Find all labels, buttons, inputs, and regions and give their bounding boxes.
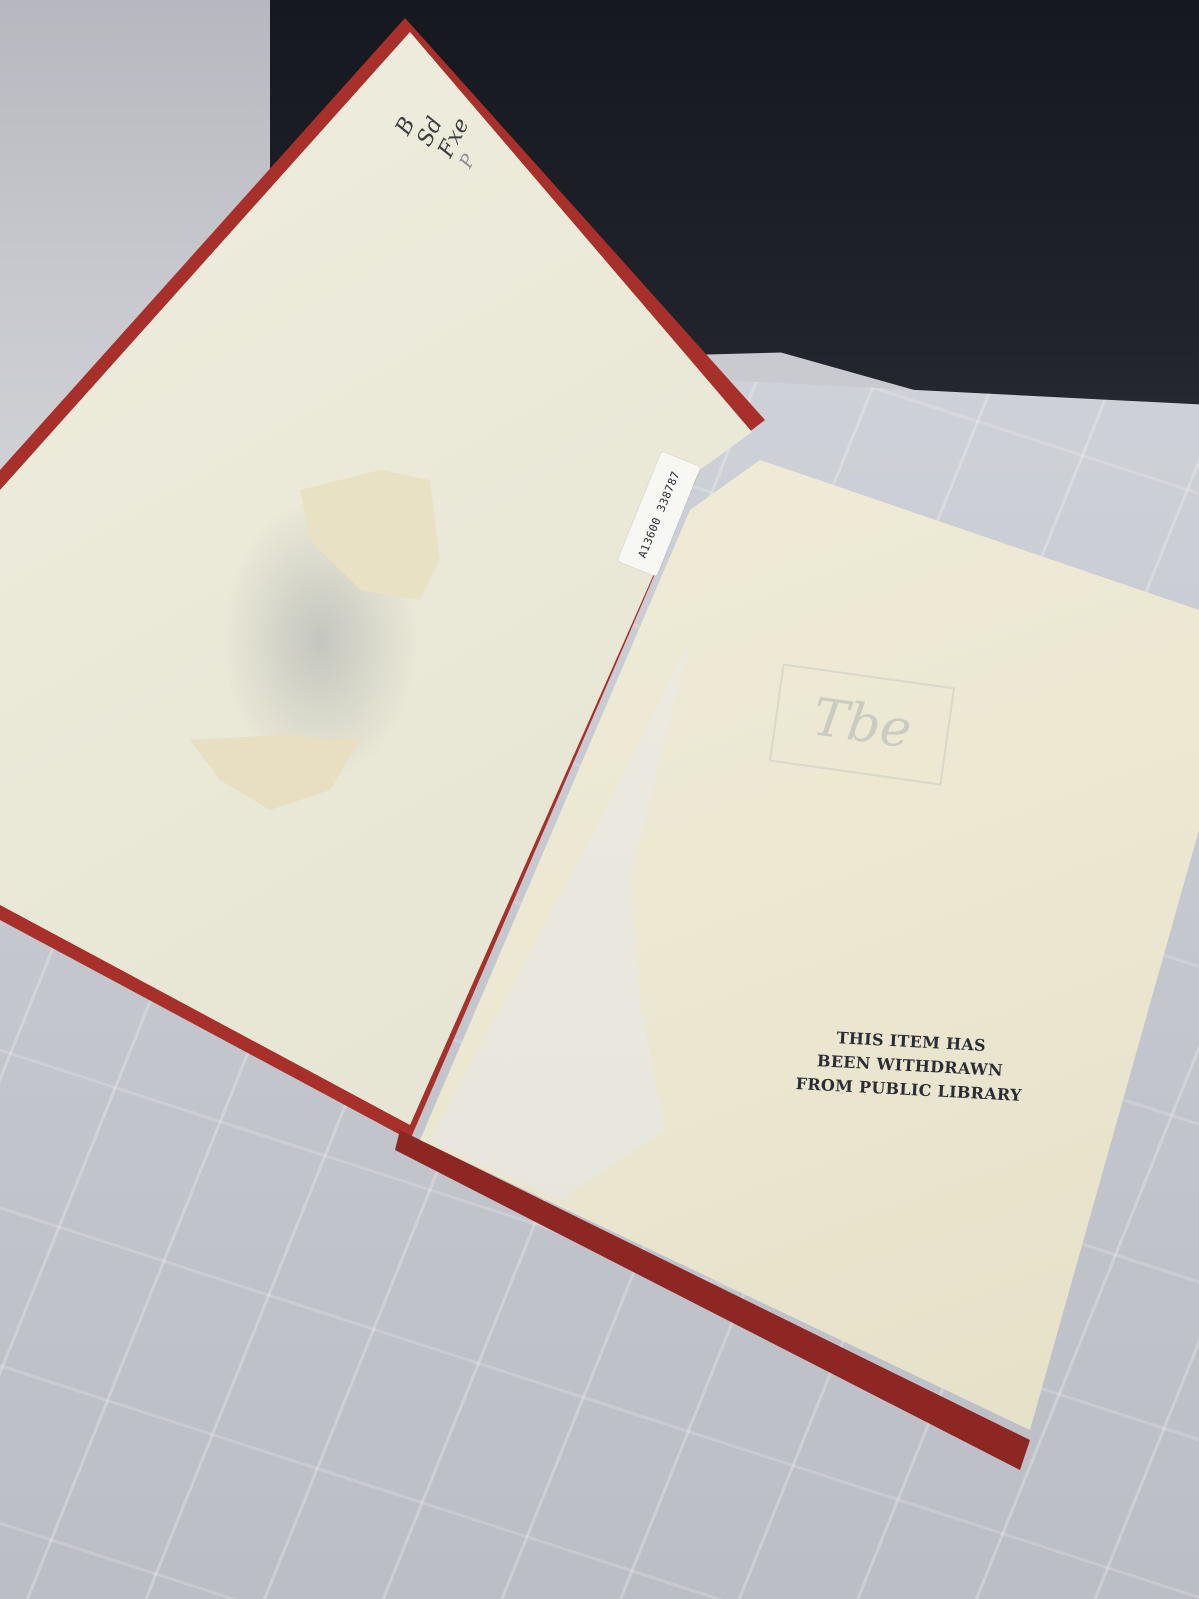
withdrawn-stamp: THIS ITEM HAS BEEN WITHDRAWN FROM PUBLIC… — [788, 1024, 1031, 1108]
photo-scene: Tbe B Sd Fxe P A13600 338787 THIS ITEM H… — [0, 0, 1199, 1599]
